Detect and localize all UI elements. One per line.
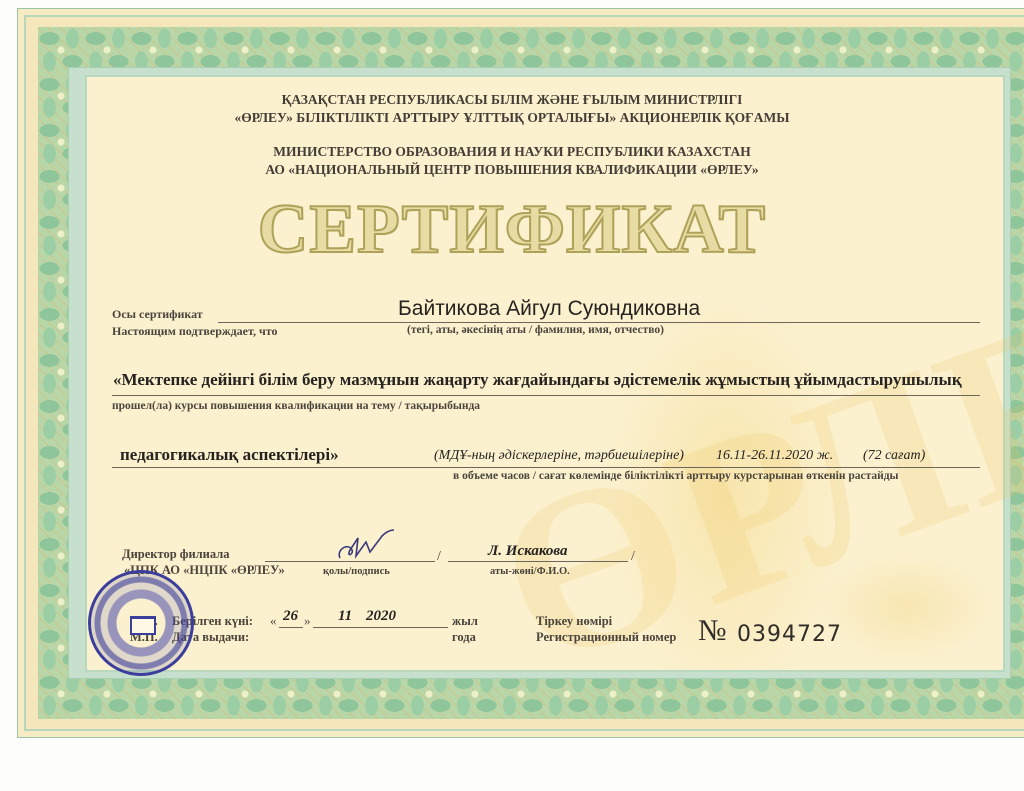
- registration-label-ru: Регистрационный номер: [536, 630, 676, 645]
- course-line2-underline: [112, 467, 980, 468]
- header-kz-line1: ҚАЗАҚСТАН РЕСПУБЛИКАСЫ БІЛІМ ЖӘНЕ ҒЫЛЫМ …: [0, 92, 1024, 108]
- open-quote: «: [270, 613, 277, 629]
- course-hours: (72 сағат): [863, 448, 925, 464]
- signer-slash: /: [631, 549, 635, 565]
- issue-month: 11: [338, 608, 352, 625]
- recipient-name: Байтикова Айгул Суюндиковна: [398, 297, 700, 321]
- course-audience: (МДҰ-ның әдіскерлеріне, тәрбиешілеріне): [434, 448, 684, 464]
- registration-number: 0394727: [737, 622, 842, 647]
- certificate-title: СЕРТИФИКАТ: [0, 190, 1024, 270]
- course-title-line2: педагогикалық аспектілері»: [120, 445, 339, 465]
- course-label: прошел(ла) курсы повышения квалификации …: [112, 400, 480, 412]
- close-quote: »: [304, 613, 311, 629]
- year-label-kz: жыл: [452, 614, 478, 629]
- course-line1-underline: [112, 395, 980, 396]
- official-stamp: [88, 570, 194, 676]
- header-kz-line2: «ӨРЛЕУ» БІЛІКТІЛІКТІ АРТТЫРУ ҰЛТТЫҚ ОРТА…: [0, 110, 1024, 126]
- recipient-label-ru: Настоящим подтверждает, что: [112, 324, 278, 339]
- recipient-name-hint: (тегі, аты, әкесінің аты / фамилия, имя,…: [407, 324, 664, 336]
- signature-slash: /: [437, 549, 441, 565]
- header-ru-line1: МИНИСТЕРСТВО ОБРАЗОВАНИЯ И НАУКИ РЕСПУБЛ…: [0, 144, 1024, 160]
- header-ru-line2: АО «НАЦИОНАЛЬНЫЙ ЦЕНТР ПОВЫШЕНИЯ КВАЛИФИ…: [0, 162, 1024, 178]
- handwritten-signature: [334, 528, 396, 564]
- course-title-line1: «Мектепке дейінгі білім беру мазмұнын жа…: [113, 370, 962, 390]
- issue-year: 2020: [366, 608, 396, 625]
- director-role-line1: Директор филиала: [122, 547, 230, 562]
- course-hours-label: в объеме часов / сағат көлемінде білікті…: [453, 470, 899, 482]
- course-dates: 16.11-26.11.2020 ж.: [716, 448, 833, 464]
- year-line: [368, 627, 448, 628]
- day-line: [279, 627, 303, 628]
- number-sign: №: [698, 614, 727, 648]
- year-label-ru: года: [452, 630, 476, 645]
- issue-day: 26: [283, 608, 298, 625]
- book-icon: [130, 616, 156, 635]
- signature-line: [265, 561, 435, 562]
- registration-label-kz: Тіркеу нөмірі: [536, 614, 612, 629]
- signer-name: Л. Искакова: [488, 543, 567, 560]
- signer-name-line: [448, 561, 628, 562]
- recipient-name-line: [218, 322, 980, 323]
- signer-name-caption: аты-жөні/Ф.И.О.: [490, 566, 570, 577]
- recipient-label-kz: Осы сертификат: [112, 307, 203, 322]
- signature-caption: қолы/подпись: [323, 566, 390, 577]
